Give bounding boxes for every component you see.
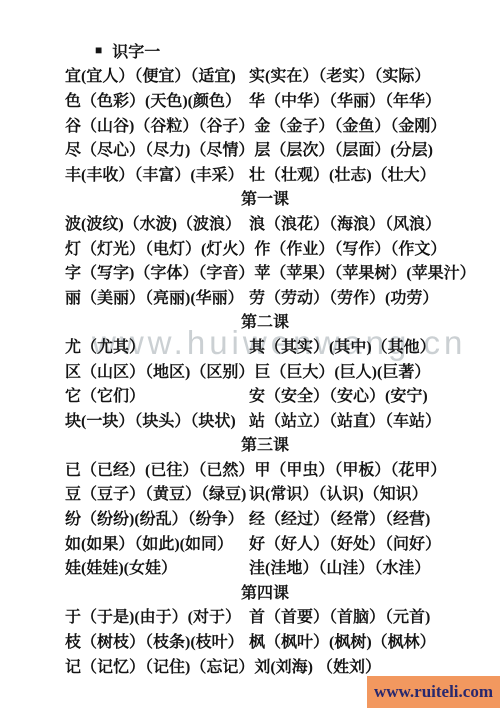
vocab-row: 灯（灯光）（电灯）(灯火） 作（作业）（写作）（作文）: [65, 235, 494, 260]
vocab-left-entry: 豆（豆子）（黄豆）（绿豆): [65, 481, 249, 504]
vocab-left-entry: 尤（尤其）: [65, 334, 249, 357]
vocab-right-entry: 站（站立）（站直）（车站）: [249, 408, 494, 431]
vocab-right-entry: 巨（巨大）(巨人)(巨著）: [254, 359, 494, 382]
vocab-row: 尽（尽心）（尽力)（尽情） 层（层次）（层面）(分层): [65, 136, 494, 161]
vocab-row: 娃(娃娃)(女娃） 洼(洼地）（山洼）（水洼）: [65, 554, 494, 579]
vocab-right-entry: 其（其实）(其中)（其他）: [249, 334, 494, 357]
vocab-left-entry: 尽（尽心）（尽力)（尽情）: [65, 137, 254, 160]
vocab-right-entry: 壮（壮观）(壮志)（壮大）: [249, 162, 494, 185]
vocab-right-entry: 枫（枫叶）(枫树)（枫林）: [249, 629, 494, 652]
vocab-left-entry: 丽（美丽）（亮丽)(华丽）: [65, 285, 249, 308]
vocab-right-entry: 安（安全）（安心）(安宁): [249, 383, 494, 406]
vocab-right-entry: 劳（劳动）（劳作）(功劳）: [249, 285, 494, 308]
vocab-row: 字（写字)（字体）（字音） 苹（苹果）（苹果树）(苹果汁）: [65, 259, 494, 284]
vocab-row: 块(一块）（块头）（块状) 站（站立）（站直）（车站）: [65, 407, 494, 432]
vocab-row: 它（它们） 安（安全）（安心）(安宁): [65, 382, 494, 407]
lesson-header: 第三课: [65, 432, 494, 457]
vocab-left-entry: 枝（树枝）（枝条)(枝叶）: [65, 629, 249, 652]
vocab-right-entry: 首（首要）（首脑）（元首): [249, 604, 494, 627]
vocab-rows: 宜(宜人）（便宜）（适宜) 实(实在）（老实）（实际） 色（色彩）(天色)(颜色…: [65, 63, 494, 678]
vocab-right-entry: 甲（甲虫）（甲板）（花甲）: [254, 457, 494, 480]
vocab-row: 记（记忆）（记住)（忘记） 刘(刘海) （姓刘）: [65, 653, 494, 678]
vocab-row: 如(如果）（如此)(如同） 好（好人）（好处）（问好）: [65, 530, 494, 555]
vocab-right-entry: 经（经过）（经常）（经营): [249, 506, 494, 529]
vocab-right-entry: 华（中华）（华丽）（年华）: [249, 88, 494, 111]
vocab-right-entry: 苹（苹果）（苹果树）(苹果汁）: [254, 260, 494, 283]
vocab-row: 尤（尤其） 其（其实）(其中)（其他）: [65, 333, 494, 358]
vocab-left-entry: 纷（纷纷)(纷乱）（纷争）: [65, 506, 249, 529]
vocab-left-entry: 于（于是)(由于）(对于）: [65, 604, 249, 627]
vocab-left-entry: 谷（山谷)（谷粒）（谷子）: [65, 113, 254, 136]
vocab-right-entry: 洼(洼地）（山洼）（水洼）: [249, 555, 494, 578]
vocab-right-entry: 实(实在）（老实）（实际）: [249, 63, 494, 86]
square-bullet-icon: ■: [95, 44, 102, 56]
vocab-row: 于（于是)(由于）(对于） 首（首要）（首脑）（元首): [65, 604, 494, 629]
vocab-right-entry: 浪（浪花）（海浪）（风浪）: [249, 211, 494, 234]
vocab-row: 丰(丰收）（丰富）(丰采） 壮（壮观）(壮志)（壮大）: [65, 161, 494, 186]
vocab-row: 已（已经）(已往）（已然） 甲（甲虫）（甲板）（花甲）: [65, 456, 494, 481]
vocab-left-entry: 字（写字)（字体）（字音）: [65, 260, 254, 283]
vocab-left-entry: 它（它们）: [65, 383, 249, 406]
vocab-content: ■ 识字一 宜(宜人）（便宜）（适宜) 实(实在）（老实）（实际） 色（色彩）(…: [65, 38, 494, 677]
vocab-left-entry: 宜(宜人）（便宜）（适宜): [65, 63, 249, 86]
vocab-row: 宜(宜人）（便宜）（适宜) 实(实在）（老实）（实际）: [65, 63, 494, 88]
vocab-row: 波(波纹)（水波)（波浪） 浪（浪花）（海浪）（风浪）: [65, 210, 494, 235]
page-title: 识字一: [112, 39, 160, 62]
vocab-left-entry: 娃(娃娃)(女娃）: [65, 555, 249, 578]
vocab-right-entry: 好（好人）（好处）（问好）: [249, 531, 494, 554]
vocab-left-entry: 如(如果）（如此)(如同）: [65, 531, 249, 554]
vocab-left-entry: 波(波纹)（水波)（波浪）: [65, 211, 249, 234]
lesson-header: 第四课: [65, 579, 494, 604]
vocab-left-entry: 已（已经）(已往）（已然）: [65, 457, 254, 480]
vocab-row: 纷（纷纷)(纷乱）（纷争） 经（经过）（经常）（经营): [65, 505, 494, 530]
vocab-left-entry: 丰(丰收）（丰富）(丰采）: [65, 162, 249, 185]
vocab-left-entry: 记（记忆）（记住)（忘记）: [65, 654, 254, 677]
lesson-header: 第二课: [65, 309, 494, 334]
vocab-row: 色（色彩）(天色)(颜色） 华（中华）（华丽）（年华）: [65, 87, 494, 112]
vocab-right-entry: 金（金子）（金鱼）（金刚）: [254, 113, 494, 136]
vocab-row: 豆（豆子）（黄豆）（绿豆) 识(常识）（认识)（知识）: [65, 481, 494, 506]
vocab-left-entry: 块(一块）（块头）（块状): [65, 408, 249, 431]
document-page: www.huiwenwang.cn ■ 识字一 宜(宜人）（便宜）（适宜) 实(…: [0, 0, 500, 708]
vocab-left-entry: 区（山区）（地区)（区别）: [65, 359, 254, 382]
doc-title-row: ■ 识字一: [65, 38, 494, 63]
vocab-left-entry: 灯（灯光）（电灯）(灯火）: [65, 236, 254, 259]
vocab-row: 谷（山谷)（谷粒）（谷子） 金（金子）（金鱼）（金刚）: [65, 112, 494, 137]
site-badge: www.ruiteli.com: [367, 676, 500, 708]
vocab-row: 枝（树枝）（枝条)(枝叶） 枫（枫叶）(枫树)（枫林）: [65, 628, 494, 653]
vocab-right-entry: 作（作业）（写作）（作文）: [254, 236, 494, 259]
vocab-right-entry: 层（层次）（层面）(分层): [254, 137, 494, 160]
vocab-row: 区（山区）（地区)（区别） 巨（巨大）(巨人)(巨著）: [65, 358, 494, 383]
vocab-right-entry: 识(常识）（认识)（知识）: [249, 481, 494, 504]
vocab-right-entry: 刘(刘海) （姓刘）: [254, 654, 494, 677]
lesson-header: 第一课: [65, 186, 494, 211]
vocab-row: 丽（美丽）（亮丽)(华丽） 劳（劳动）（劳作）(功劳）: [65, 284, 494, 309]
vocab-left-entry: 色（色彩）(天色)(颜色）: [65, 88, 249, 111]
